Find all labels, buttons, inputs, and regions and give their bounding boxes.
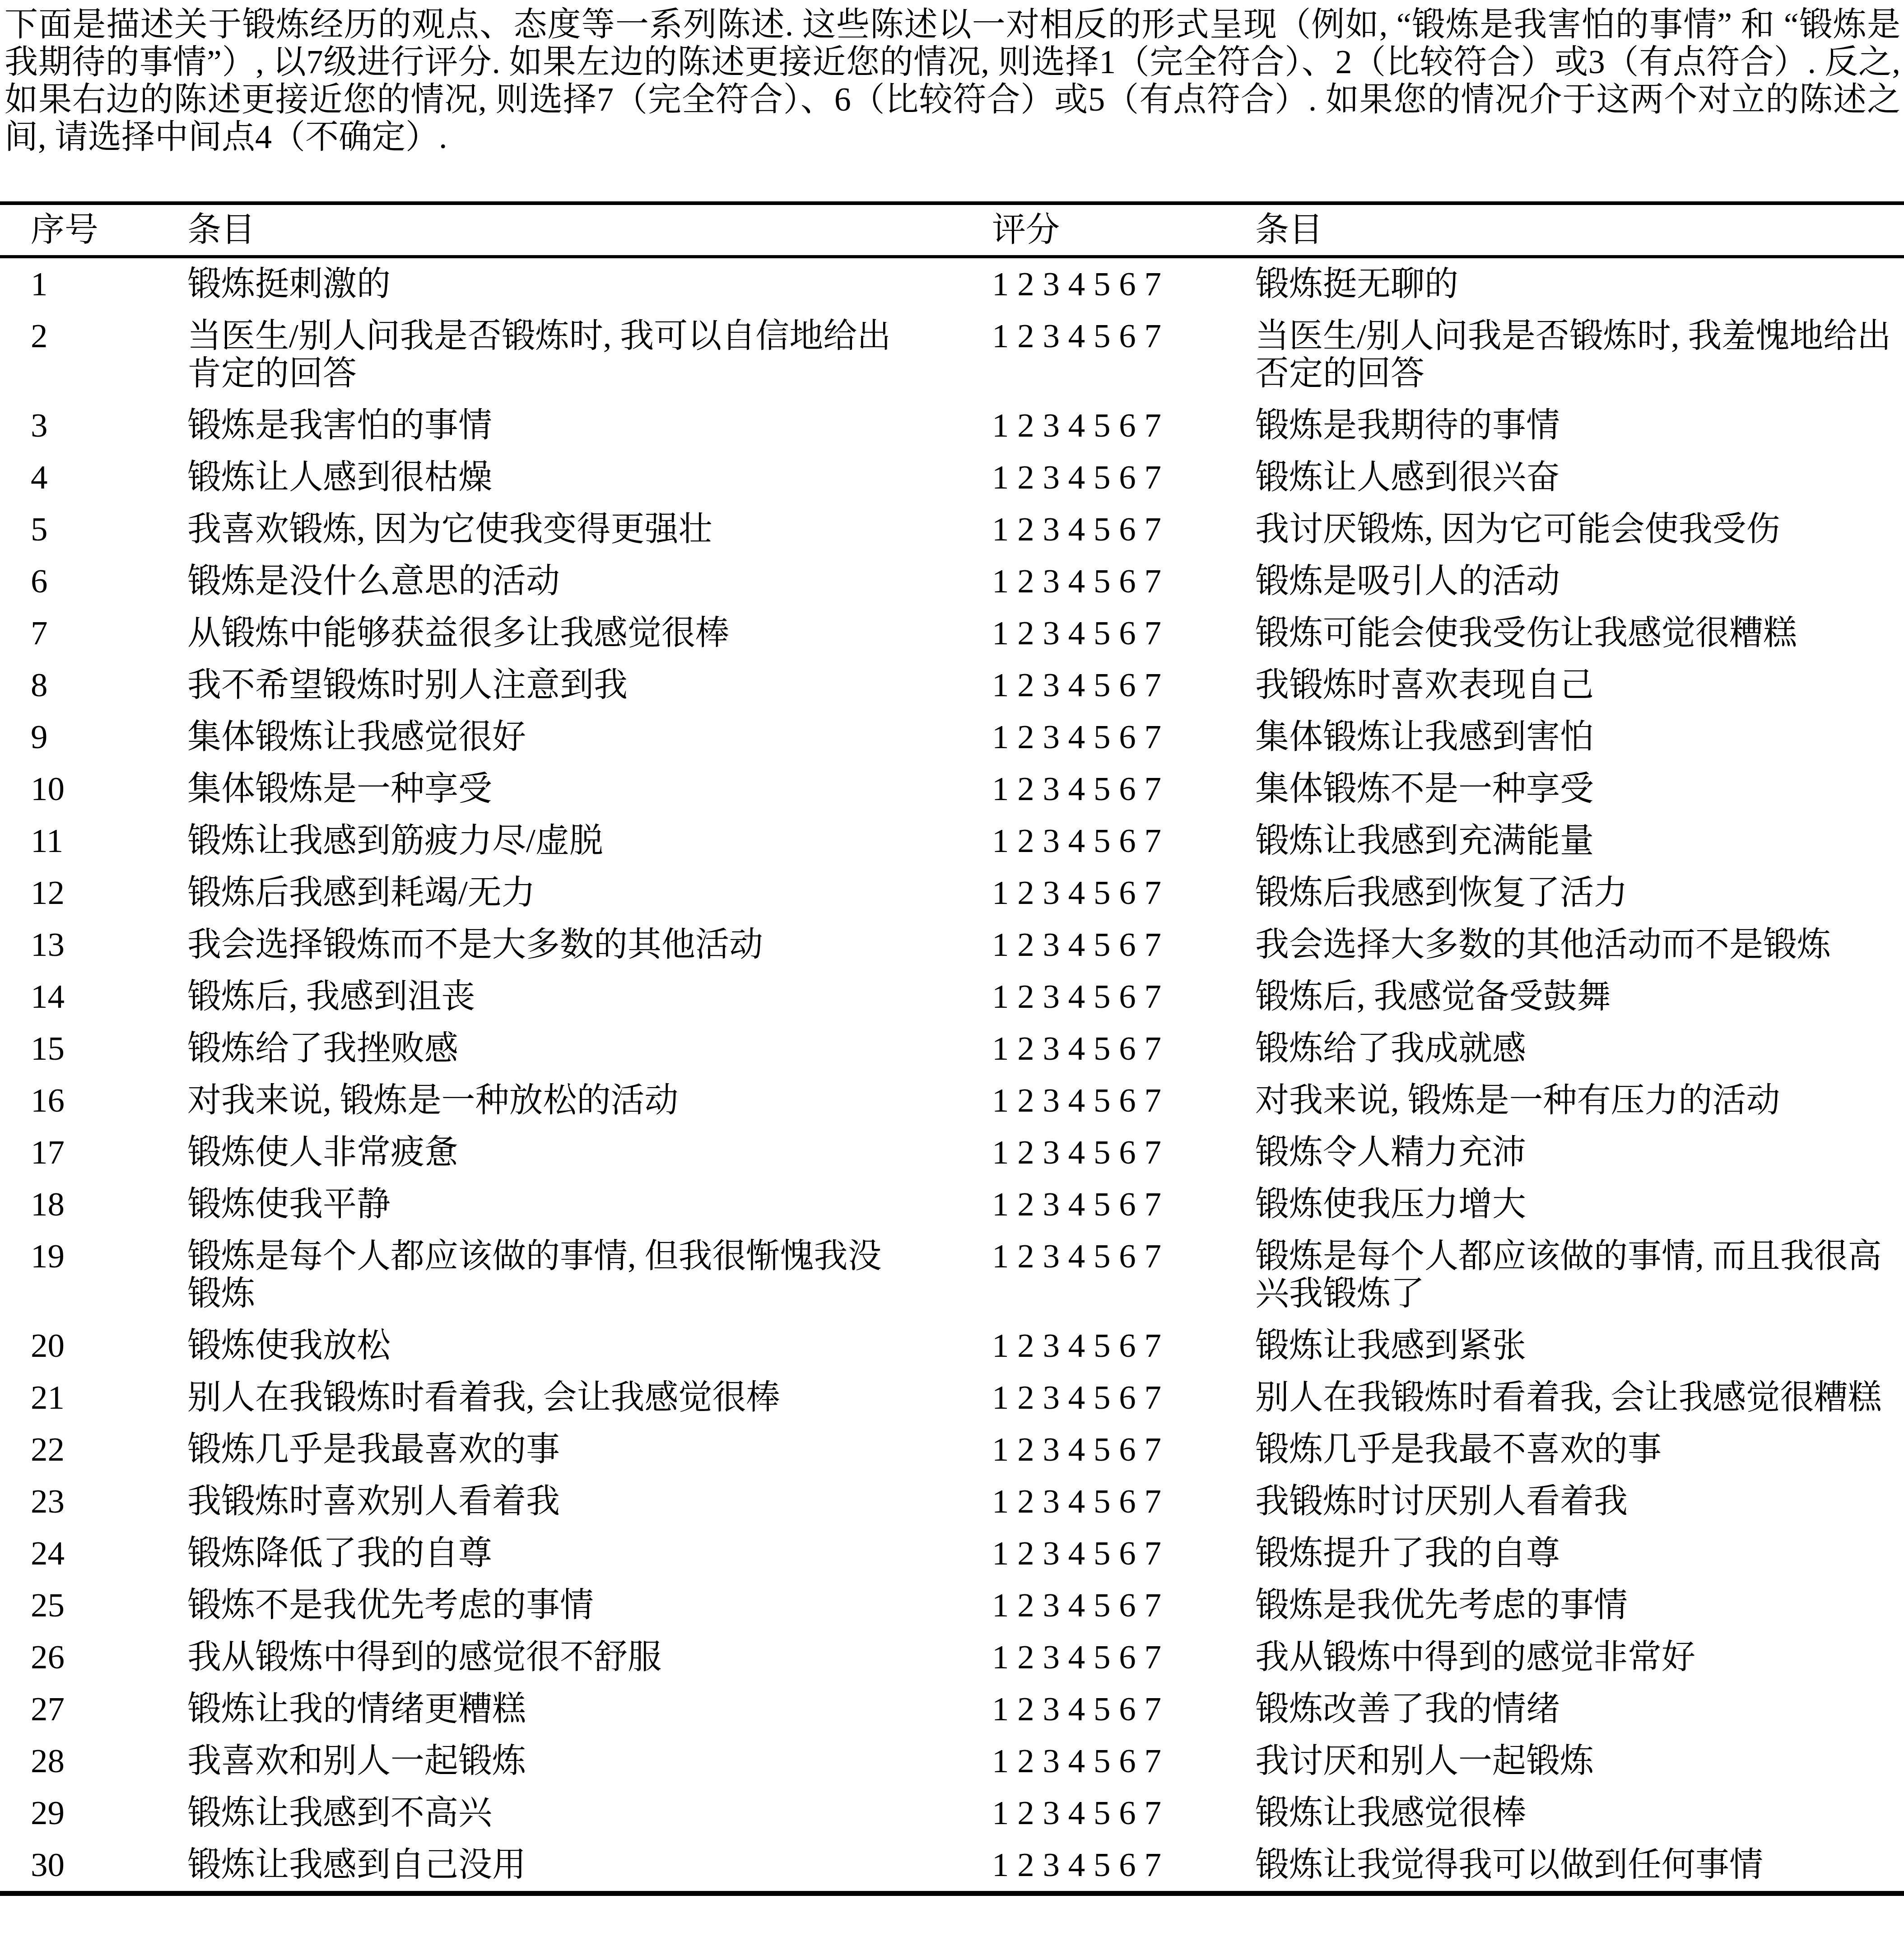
table-row: 19 锻炼是每个人都应该做的事情, 但我很惭愧我没锻炼 1 2 3 4 5 6 … <box>0 1230 1904 1320</box>
item-left-text: 锻炼挺刺激的 <box>187 257 992 311</box>
row-index: 29 <box>0 1787 187 1839</box>
row-index: 9 <box>0 711 187 763</box>
row-index: 17 <box>0 1127 187 1178</box>
rating-scale: 1 2 3 4 5 6 7 <box>992 763 1255 815</box>
item-right-text: 别人在我锻炼时看着我, 会让我感觉很糟糕 <box>1255 1372 1904 1424</box>
rating-scale: 1 2 3 4 5 6 7 <box>992 1075 1255 1127</box>
item-right-text: 我讨厌和别人一起锻炼 <box>1255 1735 1904 1787</box>
rating-scale: 1 2 3 4 5 6 7 <box>992 400 1255 452</box>
table-row: 25 锻炼不是我优先考虑的事情 1 2 3 4 5 6 7 锻炼是我优先考虑的事… <box>0 1579 1904 1631</box>
item-left-text: 我锻炼时喜欢别人看着我 <box>187 1476 992 1527</box>
row-index: 13 <box>0 919 187 971</box>
rating-scale: 1 2 3 4 5 6 7 <box>992 503 1255 555</box>
table-row: 12 锻炼后我感到耗竭/无力 1 2 3 4 5 6 7 锻炼后我感到恢复了活力 <box>0 867 1904 919</box>
item-right-text: 当医生/别人问我是否锻炼时, 我羞愧地给出否定的回答 <box>1255 310 1904 400</box>
item-left-text: 锻炼给了我挫败感 <box>187 1023 992 1075</box>
rating-scale: 1 2 3 4 5 6 7 <box>992 1683 1255 1735</box>
item-left-text: 锻炼让我感到筋疲力尽/虚脱 <box>187 815 992 867</box>
rating-scale: 1 2 3 4 5 6 7 <box>992 1735 1255 1787</box>
rating-scale: 1 2 3 4 5 6 7 <box>992 1127 1255 1178</box>
item-right-text: 锻炼给了我成就感 <box>1255 1023 1904 1075</box>
row-index: 3 <box>0 400 187 452</box>
rating-scale: 1 2 3 4 5 6 7 <box>992 1372 1255 1424</box>
item-left-text: 我喜欢和别人一起锻炼 <box>187 1735 992 1787</box>
item-right-text: 锻炼后我感到恢复了活力 <box>1255 867 1904 919</box>
row-index: 16 <box>0 1075 187 1127</box>
row-index: 24 <box>0 1527 187 1579</box>
item-left-text: 锻炼是我害怕的事情 <box>187 400 992 452</box>
item-left-text: 锻炼降低了我的自尊 <box>187 1527 992 1579</box>
row-index: 22 <box>0 1424 187 1476</box>
row-index: 7 <box>0 607 187 659</box>
table-row: 17 锻炼使人非常疲惫 1 2 3 4 5 6 7 锻炼令人精力充沛 <box>0 1127 1904 1178</box>
table-row: 8 我不希望锻炼时别人注意到我 1 2 3 4 5 6 7 我锻炼时喜欢表现自己 <box>0 659 1904 711</box>
item-left-text: 我喜欢锻炼, 因为它使我变得更强壮 <box>187 503 992 555</box>
item-right-text: 锻炼可能会使我受伤让我感觉很糟糕 <box>1255 607 1904 659</box>
instructions-paragraph: 下面是描述关于锻炼经历的观点、态度等一系列陈述. 这些陈述以一对相反的形式呈现（… <box>5 6 1900 156</box>
row-index: 12 <box>0 867 187 919</box>
item-right-text: 锻炼改善了我的情绪 <box>1255 1683 1904 1735</box>
rating-scale: 1 2 3 4 5 6 7 <box>992 1579 1255 1631</box>
item-right-text: 锻炼挺无聊的 <box>1255 257 1904 311</box>
rating-scale: 1 2 3 4 5 6 7 <box>992 815 1255 867</box>
rating-scale: 1 2 3 4 5 6 7 <box>992 867 1255 919</box>
table-row: 11 锻炼让我感到筋疲力尽/虚脱 1 2 3 4 5 6 7 锻炼让我感到充满能… <box>0 815 1904 867</box>
table-row: 10 集体锻炼是一种享受 1 2 3 4 5 6 7 集体锻炼不是一种享受 <box>0 763 1904 815</box>
rating-scale: 1 2 3 4 5 6 7 <box>992 1476 1255 1527</box>
row-index: 14 <box>0 971 187 1023</box>
rating-scale: 1 2 3 4 5 6 7 <box>992 310 1255 400</box>
item-right-text: 锻炼是吸引人的活动 <box>1255 555 1904 607</box>
item-right-text: 锻炼是我优先考虑的事情 <box>1255 1579 1904 1631</box>
item-left-text: 我不希望锻炼时别人注意到我 <box>187 659 992 711</box>
rating-scale: 1 2 3 4 5 6 7 <box>992 607 1255 659</box>
row-index: 11 <box>0 815 187 867</box>
item-right-text: 我锻炼时讨厌别人看着我 <box>1255 1476 1904 1527</box>
item-left-text: 锻炼让我感到不高兴 <box>187 1787 992 1839</box>
item-left-text: 锻炼几乎是我最喜欢的事 <box>187 1424 992 1476</box>
item-right-text: 锻炼让我觉得我可以做到任何事情 <box>1255 1839 1904 1894</box>
rating-scale: 1 2 3 4 5 6 7 <box>992 711 1255 763</box>
item-right-text: 锻炼使我压力增大 <box>1255 1178 1904 1230</box>
table-row: 15 锻炼给了我挫败感 1 2 3 4 5 6 7 锻炼给了我成就感 <box>0 1023 1904 1075</box>
table-row: 16 对我来说, 锻炼是一种放松的活动 1 2 3 4 5 6 7 对我来说, … <box>0 1075 1904 1127</box>
table-row: 7 从锻炼中能够获益很多让我感觉很棒 1 2 3 4 5 6 7 锻炼可能会使我… <box>0 607 1904 659</box>
table-row: 22 锻炼几乎是我最喜欢的事 1 2 3 4 5 6 7 锻炼几乎是我最不喜欢的… <box>0 1424 1904 1476</box>
row-index: 1 <box>0 257 187 311</box>
table-row: 14 锻炼后, 我感到沮丧 1 2 3 4 5 6 7 锻炼后, 我感觉备受鼓舞 <box>0 971 1904 1023</box>
table-row: 28 我喜欢和别人一起锻炼 1 2 3 4 5 6 7 我讨厌和别人一起锻炼 <box>0 1735 1904 1787</box>
row-index: 28 <box>0 1735 187 1787</box>
table-row: 18 锻炼使我平静 1 2 3 4 5 6 7 锻炼使我压力增大 <box>0 1178 1904 1230</box>
item-right-text: 集体锻炼不是一种享受 <box>1255 763 1904 815</box>
item-left-text: 锻炼使人非常疲惫 <box>187 1127 992 1178</box>
row-index: 26 <box>0 1631 187 1683</box>
item-right-text: 锻炼几乎是我最不喜欢的事 <box>1255 1424 1904 1476</box>
item-right-text: 锻炼让我感觉很棒 <box>1255 1787 1904 1839</box>
item-right-text: 锻炼提升了我的自尊 <box>1255 1527 1904 1579</box>
header-index: 序号 <box>0 203 187 257</box>
table-row: 3 锻炼是我害怕的事情 1 2 3 4 5 6 7 锻炼是我期待的事情 <box>0 400 1904 452</box>
rating-scale: 1 2 3 4 5 6 7 <box>992 1023 1255 1075</box>
rating-scale: 1 2 3 4 5 6 7 <box>992 1787 1255 1839</box>
item-right-text: 锻炼后, 我感觉备受鼓舞 <box>1255 971 1904 1023</box>
item-left-text: 锻炼是没什么意思的活动 <box>187 555 992 607</box>
header-item-left: 条目 <box>187 203 992 257</box>
row-index: 2 <box>0 310 187 400</box>
item-right-text: 我从锻炼中得到的感觉非常好 <box>1255 1631 1904 1683</box>
row-index: 6 <box>0 555 187 607</box>
items-table-body: 1 锻炼挺刺激的 1 2 3 4 5 6 7 锻炼挺无聊的 2 当医生/别人问我… <box>0 257 1904 1894</box>
item-left-text: 对我来说, 锻炼是一种放松的活动 <box>187 1075 992 1127</box>
rating-scale: 1 2 3 4 5 6 7 <box>992 919 1255 971</box>
item-right-text: 我讨厌锻炼, 因为它可能会使我受伤 <box>1255 503 1904 555</box>
item-left-text: 我从锻炼中得到的感觉很不舒服 <box>187 1631 992 1683</box>
rating-scale: 1 2 3 4 5 6 7 <box>992 555 1255 607</box>
rating-scale: 1 2 3 4 5 6 7 <box>992 1178 1255 1230</box>
item-left-text: 锻炼后, 我感到沮丧 <box>187 971 992 1023</box>
row-index: 21 <box>0 1372 187 1424</box>
item-right-text: 我锻炼时喜欢表现自己 <box>1255 659 1904 711</box>
rating-scale: 1 2 3 4 5 6 7 <box>992 452 1255 503</box>
row-index: 25 <box>0 1579 187 1631</box>
table-row: 13 我会选择锻炼而不是大多数的其他活动 1 2 3 4 5 6 7 我会选择大… <box>0 919 1904 971</box>
row-index: 20 <box>0 1320 187 1372</box>
item-right-text: 锻炼令人精力充沛 <box>1255 1127 1904 1178</box>
table-row: 2 当医生/别人问我是否锻炼时, 我可以自信地给出肯定的回答 1 2 3 4 5… <box>0 310 1904 400</box>
rating-scale: 1 2 3 4 5 6 7 <box>992 1631 1255 1683</box>
item-left-text: 锻炼让我感到自己没用 <box>187 1839 992 1894</box>
row-index: 18 <box>0 1178 187 1230</box>
item-left-text: 锻炼让我的情绪更糟糕 <box>187 1683 992 1735</box>
table-row: 23 我锻炼时喜欢别人看着我 1 2 3 4 5 6 7 我锻炼时讨厌别人看着我 <box>0 1476 1904 1527</box>
item-left-text: 锻炼让人感到很枯燥 <box>187 452 992 503</box>
table-row: 29 锻炼让我感到不高兴 1 2 3 4 5 6 7 锻炼让我感觉很棒 <box>0 1787 1904 1839</box>
row-index: 15 <box>0 1023 187 1075</box>
item-left-text: 锻炼是每个人都应该做的事情, 但我很惭愧我没锻炼 <box>187 1230 992 1320</box>
item-right-text: 对我来说, 锻炼是一种有压力的活动 <box>1255 1075 1904 1127</box>
rating-scale: 1 2 3 4 5 6 7 <box>992 1230 1255 1320</box>
row-index: 5 <box>0 503 187 555</box>
rating-scale: 1 2 3 4 5 6 7 <box>992 971 1255 1023</box>
table-row: 4 锻炼让人感到很枯燥 1 2 3 4 5 6 7 锻炼让人感到很兴奋 <box>0 452 1904 503</box>
item-left-text: 锻炼使我放松 <box>187 1320 992 1372</box>
row-index: 19 <box>0 1230 187 1320</box>
table-row: 30 锻炼让我感到自己没用 1 2 3 4 5 6 7 锻炼让我觉得我可以做到任… <box>0 1839 1904 1894</box>
row-index: 8 <box>0 659 187 711</box>
item-left-text: 锻炼不是我优先考虑的事情 <box>187 1579 992 1631</box>
questionnaire-page: 下面是描述关于锻炼经历的观点、态度等一系列陈述. 这些陈述以一对相反的形式呈现（… <box>0 0 1904 1896</box>
item-left-text: 集体锻炼是一种享受 <box>187 763 992 815</box>
table-header-row: 序号 条目 评分 条目 <box>0 203 1904 257</box>
rating-scale: 1 2 3 4 5 6 7 <box>992 257 1255 311</box>
table-row: 26 我从锻炼中得到的感觉很不舒服 1 2 3 4 5 6 7 我从锻炼中得到的… <box>0 1631 1904 1683</box>
row-index: 23 <box>0 1476 187 1527</box>
row-index: 30 <box>0 1839 187 1894</box>
rating-scale: 1 2 3 4 5 6 7 <box>992 1527 1255 1579</box>
table-row: 9 集体锻炼让我感觉很好 1 2 3 4 5 6 7 集体锻炼让我感到害怕 <box>0 711 1904 763</box>
table-row: 24 锻炼降低了我的自尊 1 2 3 4 5 6 7 锻炼提升了我的自尊 <box>0 1527 1904 1579</box>
item-right-text: 锻炼让人感到很兴奋 <box>1255 452 1904 503</box>
rating-scale: 1 2 3 4 5 6 7 <box>992 659 1255 711</box>
item-right-text: 锻炼是每个人都应该做的事情, 而且我很高兴我锻炼了 <box>1255 1230 1904 1320</box>
item-right-text: 我会选择大多数的其他活动而不是锻炼 <box>1255 919 1904 971</box>
table-row: 5 我喜欢锻炼, 因为它使我变得更强壮 1 2 3 4 5 6 7 我讨厌锻炼,… <box>0 503 1904 555</box>
item-left-text: 集体锻炼让我感觉很好 <box>187 711 992 763</box>
item-left-text: 锻炼使我平静 <box>187 1178 992 1230</box>
rating-scale: 1 2 3 4 5 6 7 <box>992 1320 1255 1372</box>
rating-scale: 1 2 3 4 5 6 7 <box>992 1839 1255 1894</box>
table-row: 20 锻炼使我放松 1 2 3 4 5 6 7 锻炼让我感到紧张 <box>0 1320 1904 1372</box>
item-right-text: 锻炼是我期待的事情 <box>1255 400 1904 452</box>
item-left-text: 我会选择锻炼而不是大多数的其他活动 <box>187 919 992 971</box>
items-table: 序号 条目 评分 条目 1 锻炼挺刺激的 1 2 3 4 5 6 7 锻炼挺无聊… <box>0 201 1904 1896</box>
table-row: 6 锻炼是没什么意思的活动 1 2 3 4 5 6 7 锻炼是吸引人的活动 <box>0 555 1904 607</box>
item-left-text: 从锻炼中能够获益很多让我感觉很棒 <box>187 607 992 659</box>
item-left-text: 别人在我锻炼时看着我, 会让我感觉很棒 <box>187 1372 992 1424</box>
row-index: 4 <box>0 452 187 503</box>
rating-scale: 1 2 3 4 5 6 7 <box>992 1424 1255 1476</box>
item-right-text: 锻炼让我感到紧张 <box>1255 1320 1904 1372</box>
table-row: 27 锻炼让我的情绪更糟糕 1 2 3 4 5 6 7 锻炼改善了我的情绪 <box>0 1683 1904 1735</box>
table-row: 1 锻炼挺刺激的 1 2 3 4 5 6 7 锻炼挺无聊的 <box>0 257 1904 311</box>
table-row: 21 别人在我锻炼时看着我, 会让我感觉很棒 1 2 3 4 5 6 7 别人在… <box>0 1372 1904 1424</box>
row-index: 27 <box>0 1683 187 1735</box>
item-right-text: 锻炼让我感到充满能量 <box>1255 815 1904 867</box>
item-right-text: 集体锻炼让我感到害怕 <box>1255 711 1904 763</box>
item-left-text: 锻炼后我感到耗竭/无力 <box>187 867 992 919</box>
item-left-text: 当医生/别人问我是否锻炼时, 我可以自信地给出肯定的回答 <box>187 310 992 400</box>
header-rating: 评分 <box>992 203 1255 257</box>
header-item-right: 条目 <box>1255 203 1904 257</box>
row-index: 10 <box>0 763 187 815</box>
